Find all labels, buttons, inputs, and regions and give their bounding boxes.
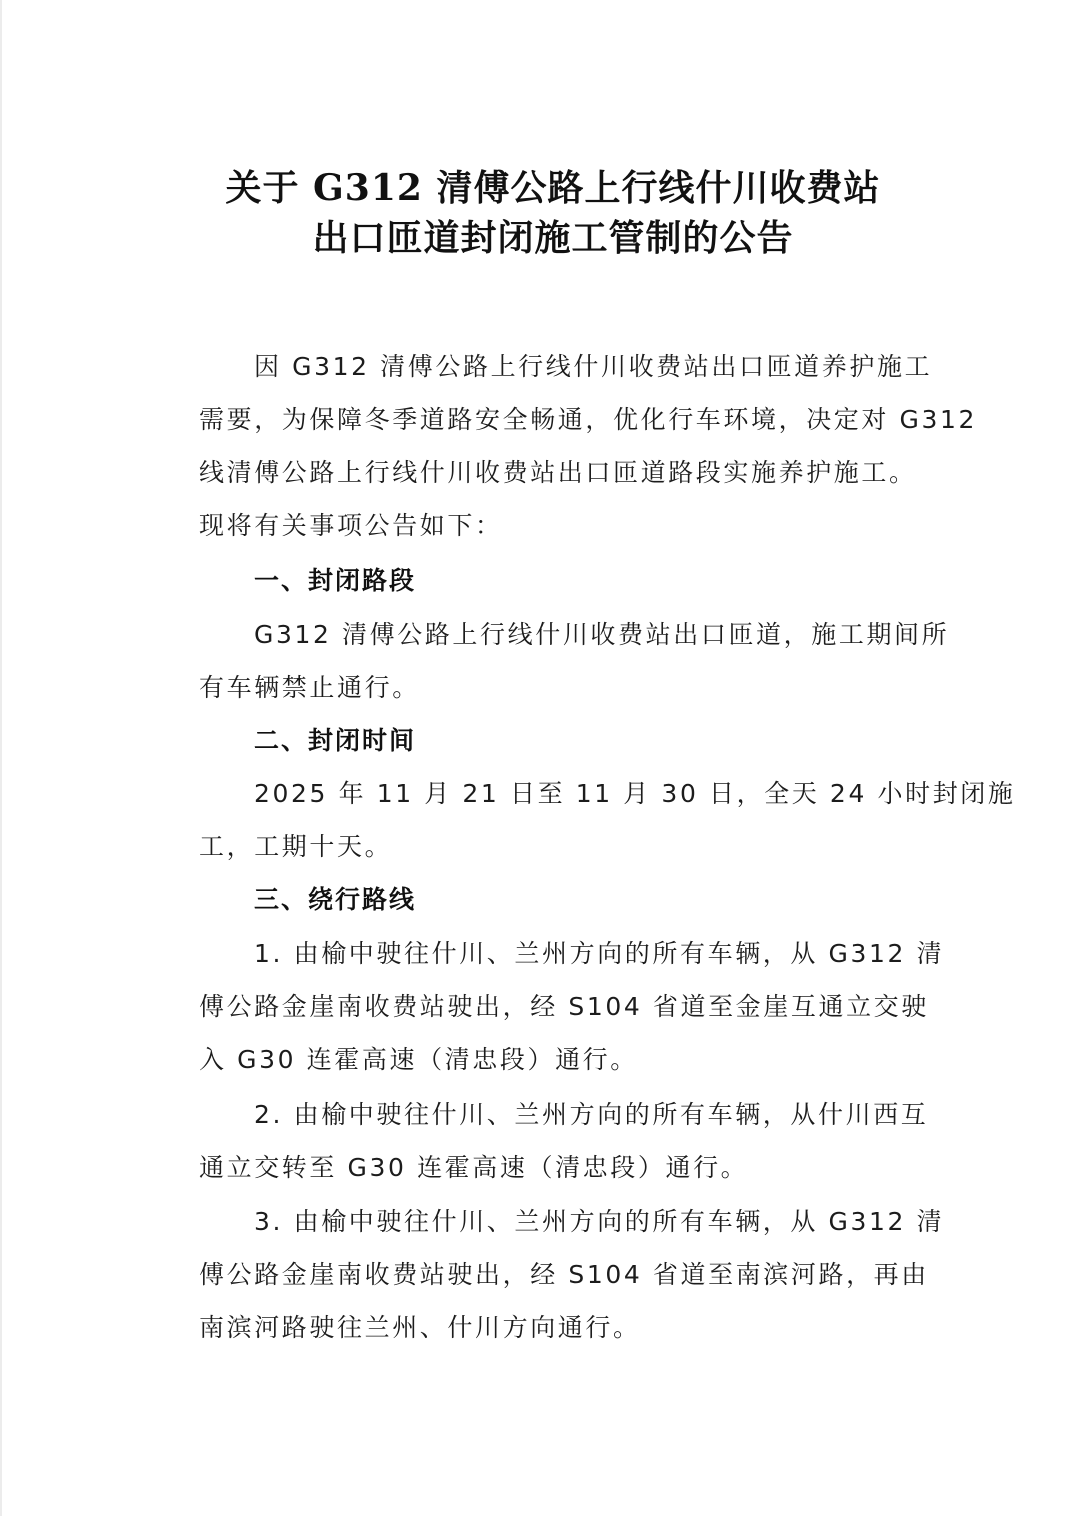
section-2-line-2: 工，工期十天。 bbox=[199, 829, 899, 865]
detour-1-line-3: 入 G30 连霍高速（清忠段）通行。 bbox=[199, 1042, 899, 1078]
section-heading-closure-time: 二、封闭时间 bbox=[254, 723, 954, 759]
section-2-line-1: 2025 年 11 月 21 日至 11 月 30 日，全天 24 小时封闭施 bbox=[254, 776, 954, 812]
detour-2-line-1: 2. 由榆中驶往什川、兰州方向的所有车辆，从什川西互 bbox=[254, 1097, 954, 1133]
document-page: 关于 G312 清傅公路上行线什川收费站 出口匝道封闭施工管制的公告 因 G31… bbox=[0, 0, 1066, 1516]
detour-1-line-1: 1. 由榆中驶往什川、兰州方向的所有车辆，从 G312 清 bbox=[254, 936, 954, 972]
detour-2-line-2: 通立交转至 G30 连霍高速（清忠段）通行。 bbox=[199, 1150, 899, 1186]
section-heading-closed-section: 一、封闭路段 bbox=[254, 563, 954, 599]
document-title-line-1: 关于 G312 清傅公路上行线什川收费站 bbox=[20, 162, 1066, 214]
detour-1-line-2: 傅公路金崖南收费站驶出，经 S104 省道至金崖互通立交驶 bbox=[199, 989, 899, 1025]
section-heading-detour-routes: 三、绕行路线 bbox=[254, 882, 954, 918]
intro-line-2: 需要，为保障冬季道路安全畅通，优化行车环境，决定对 G312 bbox=[199, 402, 899, 438]
detour-3-line-1: 3. 由榆中驶往什川、兰州方向的所有车辆，从 G312 清 bbox=[254, 1204, 954, 1240]
intro-line-3: 线清傅公路上行线什川收费站出口匝道路段实施养护施工。 bbox=[199, 455, 899, 491]
section-1-line-2: 有车辆禁止通行。 bbox=[199, 670, 899, 706]
detour-3-line-2: 傅公路金崖南收费站驶出，经 S104 省道至南滨河路，再由 bbox=[199, 1257, 899, 1293]
detour-3-line-3: 南滨河路驶往兰州、什川方向通行。 bbox=[199, 1310, 899, 1346]
intro-line-4: 现将有关事项公告如下： bbox=[199, 508, 899, 544]
section-1-line-1: G312 清傅公路上行线什川收费站出口匝道，施工期间所 bbox=[254, 617, 954, 653]
document-title-line-2: 出口匝道封闭施工管制的公告 bbox=[20, 212, 1066, 264]
intro-line-1: 因 G312 清傅公路上行线什川收费站出口匝道养护施工 bbox=[254, 349, 954, 385]
